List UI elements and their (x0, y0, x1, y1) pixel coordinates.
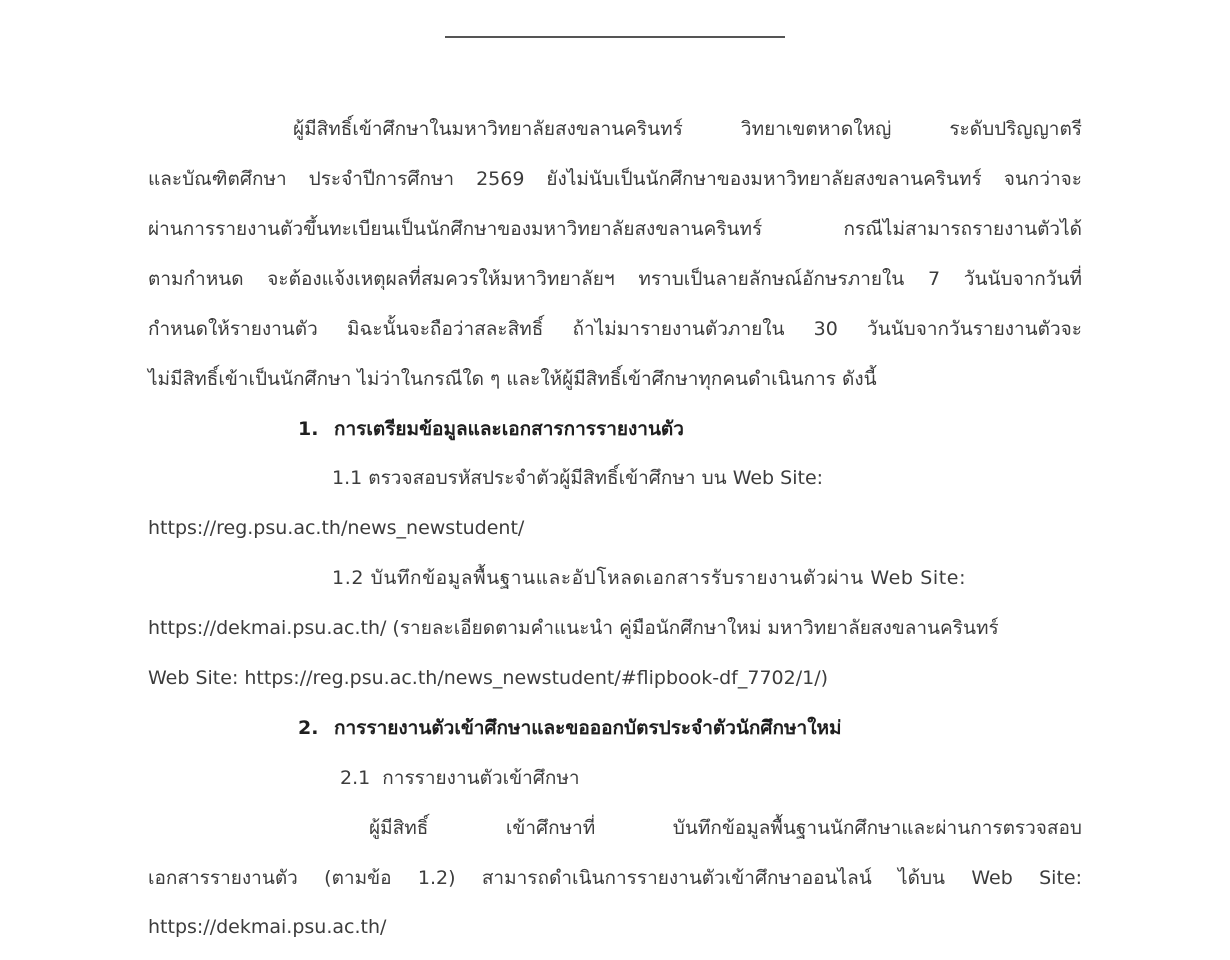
item-1-2-note: (รายละเอียดตามคำแนะนำ คู่มือนักศึกษาใหม่… (386, 617, 998, 639)
item-1-2-line-3-suffix: ) (821, 667, 828, 689)
section-2-number: 2. (298, 715, 334, 741)
item-1-1-text: 1.1 ตรวจสอบรหัสประจำตัวผู้มีสิทธิ์เข้าศึ… (332, 465, 823, 491)
intro-line-3: ผ่านการรายงานตัวขึ้นทะเบียนเป็นนักศึกษาข… (148, 216, 1082, 242)
intro-line-4: ตามกำหนด จะต้องแจ้งเหตุผลที่สมควรให้มหาว… (148, 266, 1082, 292)
section-2-title: การรายงานตัวเข้าศึกษาและขอออกบัตรประจำตั… (334, 717, 842, 739)
section-2-heading: 2.การรายงานตัวเข้าศึกษาและขอออกบัตรประจำ… (298, 715, 842, 741)
item-2-1-line-1: ผู้มีสิทธิ์ เข้าศึกษาที่ บันทึกข้อมูลพื้… (369, 815, 1082, 841)
flipbook-url-link[interactable]: https://reg.psu.ac.th/news_newstudent/#f… (244, 667, 820, 689)
intro-line-6: ไม่มีสิทธิ์เข้าเป็นนักศึกษา ไม่ว่าในกรณี… (148, 366, 877, 392)
item-1-2-line-3: Web Site: https://reg.psu.ac.th/news_new… (148, 665, 828, 691)
intro-line-2: และบัณฑิตศึกษา ประจำปีการศึกษา 2569 ยังไ… (148, 166, 1082, 192)
item-1-2-text: 1.2 บันทึกข้อมูลพื้นฐานและอัปโหลดเอกสารร… (332, 565, 966, 591)
item-1-2-line-2: https://dekmai.psu.ac.th/ (รายละเอียดตาม… (148, 615, 999, 641)
item-2-1-heading: 2.1 การรายงานตัวเข้าศึกษา (340, 765, 580, 791)
intro-line-5: กำหนดให้รายงานตัว มิฉะนั้นจะถือว่าสละสิท… (148, 316, 1082, 342)
item-1-2-url-link[interactable]: https://dekmai.psu.ac.th/ (148, 617, 386, 639)
item-1-2-line-3-prefix: Web Site: (148, 667, 244, 689)
item-2-1-url-link[interactable]: https://dekmai.psu.ac.th/ (148, 914, 386, 940)
header-divider (445, 36, 785, 38)
item-2-1-line-2: เอกสารรายงานตัว (ตามข้อ 1.2) สามารถดำเนิ… (148, 865, 1082, 891)
section-1-number: 1. (298, 416, 334, 442)
item-1-1-url-link[interactable]: https://reg.psu.ac.th/news_newstudent/ (148, 515, 524, 541)
section-1-heading: 1.การเตรียมข้อมูลและเอกสารการรายงานตัว (298, 416, 684, 442)
intro-line-1: ผู้มีสิทธิ์เข้าศึกษาในมหาวิทยาลัยสงขลานค… (293, 116, 1082, 142)
section-1-title: การเตรียมข้อมูลและเอกสารการรายงานตัว (334, 418, 684, 440)
